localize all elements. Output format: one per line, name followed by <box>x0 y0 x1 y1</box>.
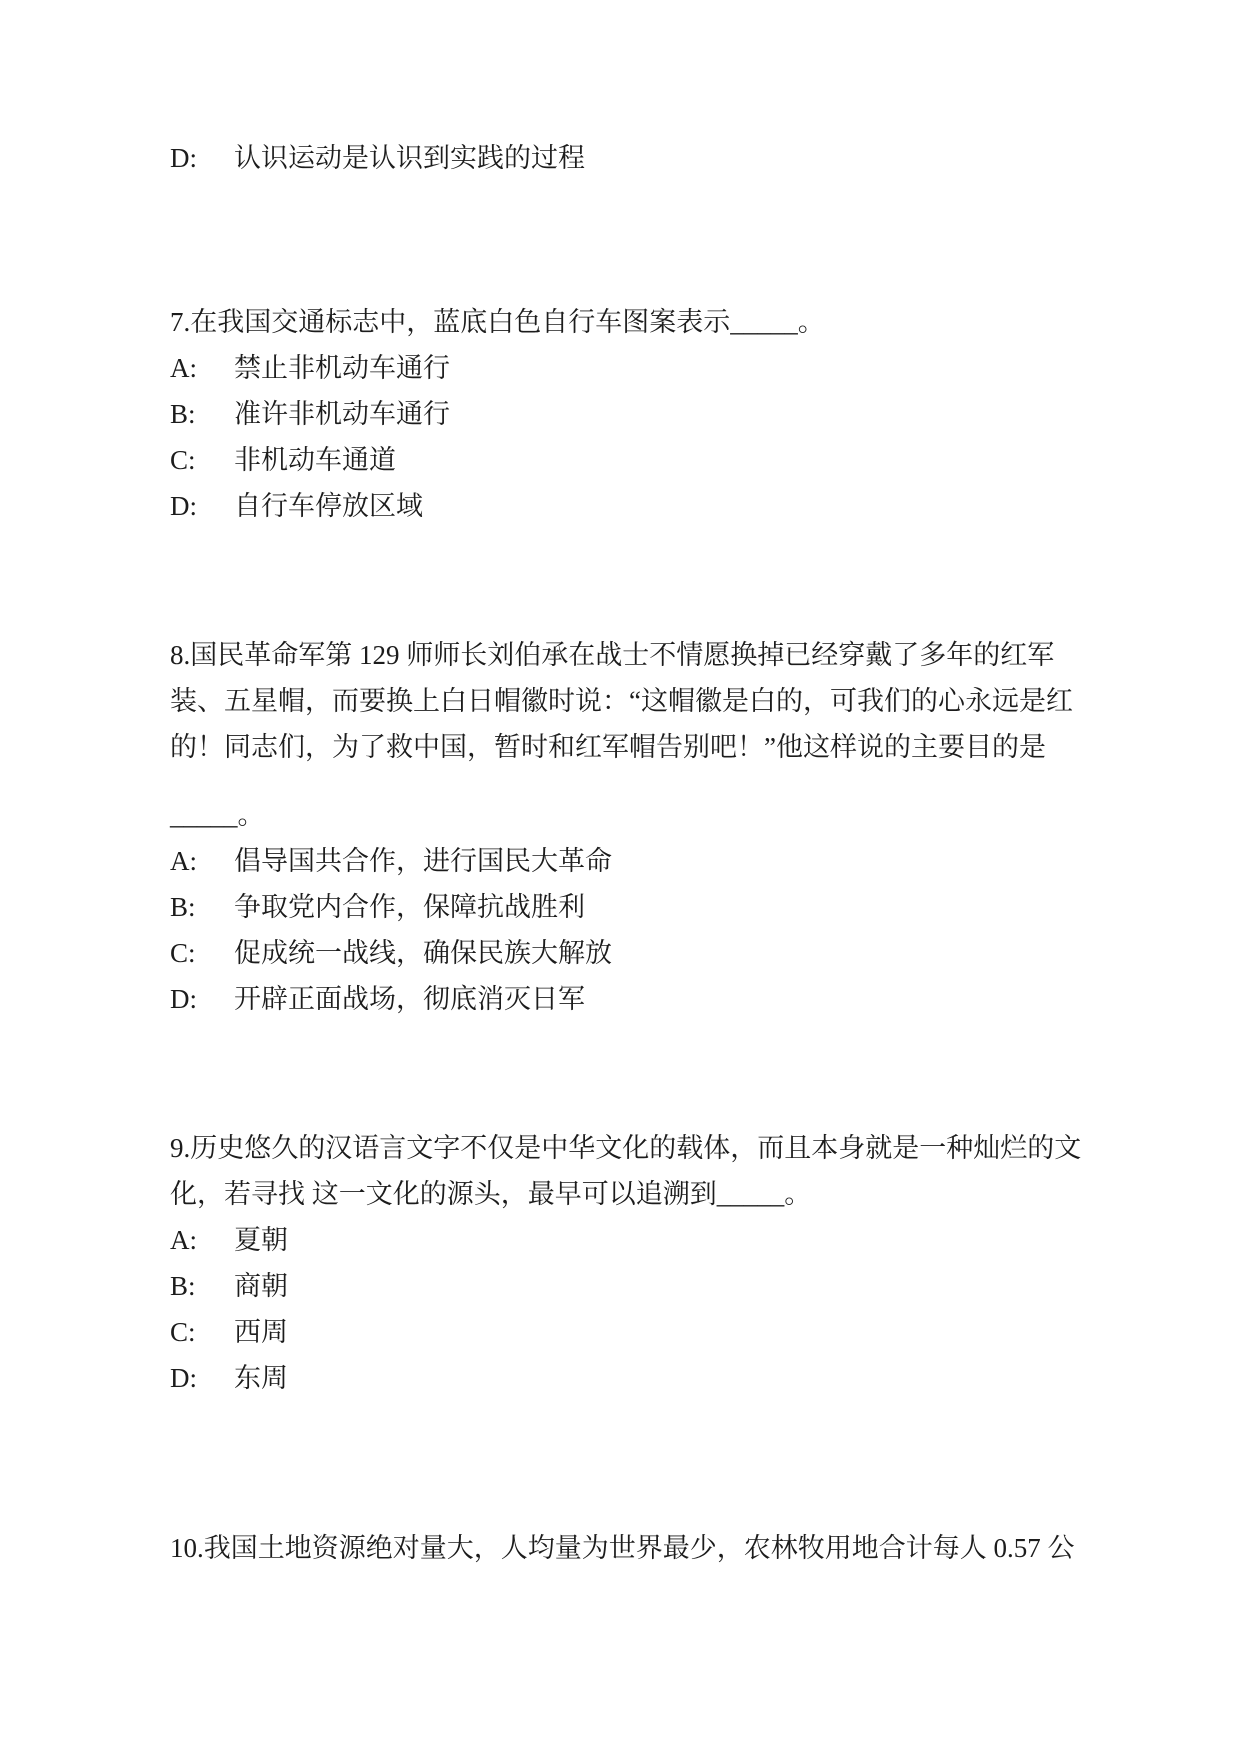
q8-option-a: A:倡导国共合作，进行国民大革命 <box>170 838 1130 884</box>
option-label: D: <box>170 1355 234 1401</box>
q8-stem-line-1: 8.国民革命军第 129 师师长刘伯承在战士不情愿换掉已经穿戴了多年的红军 <box>170 632 1130 678</box>
option-label: B: <box>170 1263 234 1309</box>
option-label: B: <box>170 391 234 437</box>
option-label: A: <box>170 1217 234 1263</box>
option-text: 非机动车通道 <box>234 445 396 475</box>
option-label: C: <box>170 930 234 976</box>
option-text: 促成统一战线，确保民族大解放 <box>234 938 612 968</box>
q9-stem-line-1: 9.历史悠久的汉语言文字不仅是中华文化的载体，而且本身就是一种灿烂的文 <box>170 1125 1130 1171</box>
q7-stem-line: 7.在我国交通标志中，蓝底白色自行车图案表示_____。 <box>170 299 1130 345</box>
q9-option-b: B:商朝 <box>170 1263 1130 1309</box>
question-10: 10.我国土地资源绝对量大，人均量为世界最少，农林牧用地合计每人 0.57 公 <box>170 1525 1130 1571</box>
option-label: C: <box>170 1309 234 1355</box>
option-label: D: <box>170 483 234 529</box>
q10-stem-line-1: 10.我国土地资源绝对量大，人均量为世界最少，农林牧用地合计每人 0.57 公 <box>170 1525 1130 1571</box>
option-text: 商朝 <box>234 1271 288 1301</box>
question-8: 8.国民革命军第 129 师师长刘伯承在战士不情愿换掉已经穿戴了多年的红军 装、… <box>170 632 1130 1022</box>
q9-option-a: A:夏朝 <box>170 1217 1130 1263</box>
q9-option-d: D:东周 <box>170 1355 1130 1401</box>
option-text: 倡导国共合作，进行国民大革命 <box>234 846 612 876</box>
option-text: 禁止非机动车通行 <box>234 353 450 383</box>
text-column: D:认识运动是认识到实践的过程 7.在我国交通标志中，蓝底白色自行车图案表示__… <box>170 135 1130 1571</box>
option-label: D: <box>170 135 234 181</box>
option-text: 东周 <box>234 1363 288 1393</box>
q8-stem-line-3: 的！同志们，为了救中国，暂时和红军帽告别吧！”他这样说的主要目的是 <box>170 724 1130 770</box>
option-text: 夏朝 <box>234 1225 288 1255</box>
q8-option-c: C:促成统一战线，确保民族大解放 <box>170 930 1130 976</box>
option-label: A: <box>170 838 234 884</box>
q7-option-c: C:非机动车通道 <box>170 437 1130 483</box>
option-text: 准许非机动车通行 <box>234 399 450 429</box>
option-text: 争取党内合作，保障抗战胜利 <box>234 892 585 922</box>
option-label: C: <box>170 437 234 483</box>
q8-option-d: D:开辟正面战场，彻底消灭日军 <box>170 976 1130 1022</box>
option-text: 自行车停放区域 <box>234 491 423 521</box>
q8-stem-blank-line: _____。 <box>170 792 1130 838</box>
option-text: 认识运动是认识到实践的过程 <box>234 143 585 173</box>
exam-page: D:认识运动是认识到实践的过程 7.在我国交通标志中，蓝底白色自行车图案表示__… <box>0 0 1240 1753</box>
carryover-option-d: D:认识运动是认识到实践的过程 <box>170 135 1130 181</box>
option-text: 西周 <box>234 1317 288 1347</box>
q7-option-b: B:准许非机动车通行 <box>170 391 1130 437</box>
q8-stem-line-2: 装、五星帽，而要换上白日帽徽时说：“这帽徽是白的，可我们的心永远是红 <box>170 678 1130 724</box>
question-7: 7.在我国交通标志中，蓝底白色自行车图案表示_____。 A:禁止非机动车通行 … <box>170 299 1130 529</box>
option-label: B: <box>170 884 234 930</box>
option-label: A: <box>170 345 234 391</box>
q8-option-b: B:争取党内合作，保障抗战胜利 <box>170 884 1130 930</box>
option-label: D: <box>170 976 234 1022</box>
q9-stem-line-2: 化，若寻找 这一文化的源头，最早可以追溯到_____。 <box>170 1171 1130 1217</box>
option-text: 开辟正面战场，彻底消灭日军 <box>234 984 585 1014</box>
q7-option-a: A:禁止非机动车通行 <box>170 345 1130 391</box>
q7-option-d: D:自行车停放区域 <box>170 483 1130 529</box>
q9-option-c: C:西周 <box>170 1309 1130 1355</box>
question-9: 9.历史悠久的汉语言文字不仅是中华文化的载体，而且本身就是一种灿烂的文 化，若寻… <box>170 1125 1130 1401</box>
